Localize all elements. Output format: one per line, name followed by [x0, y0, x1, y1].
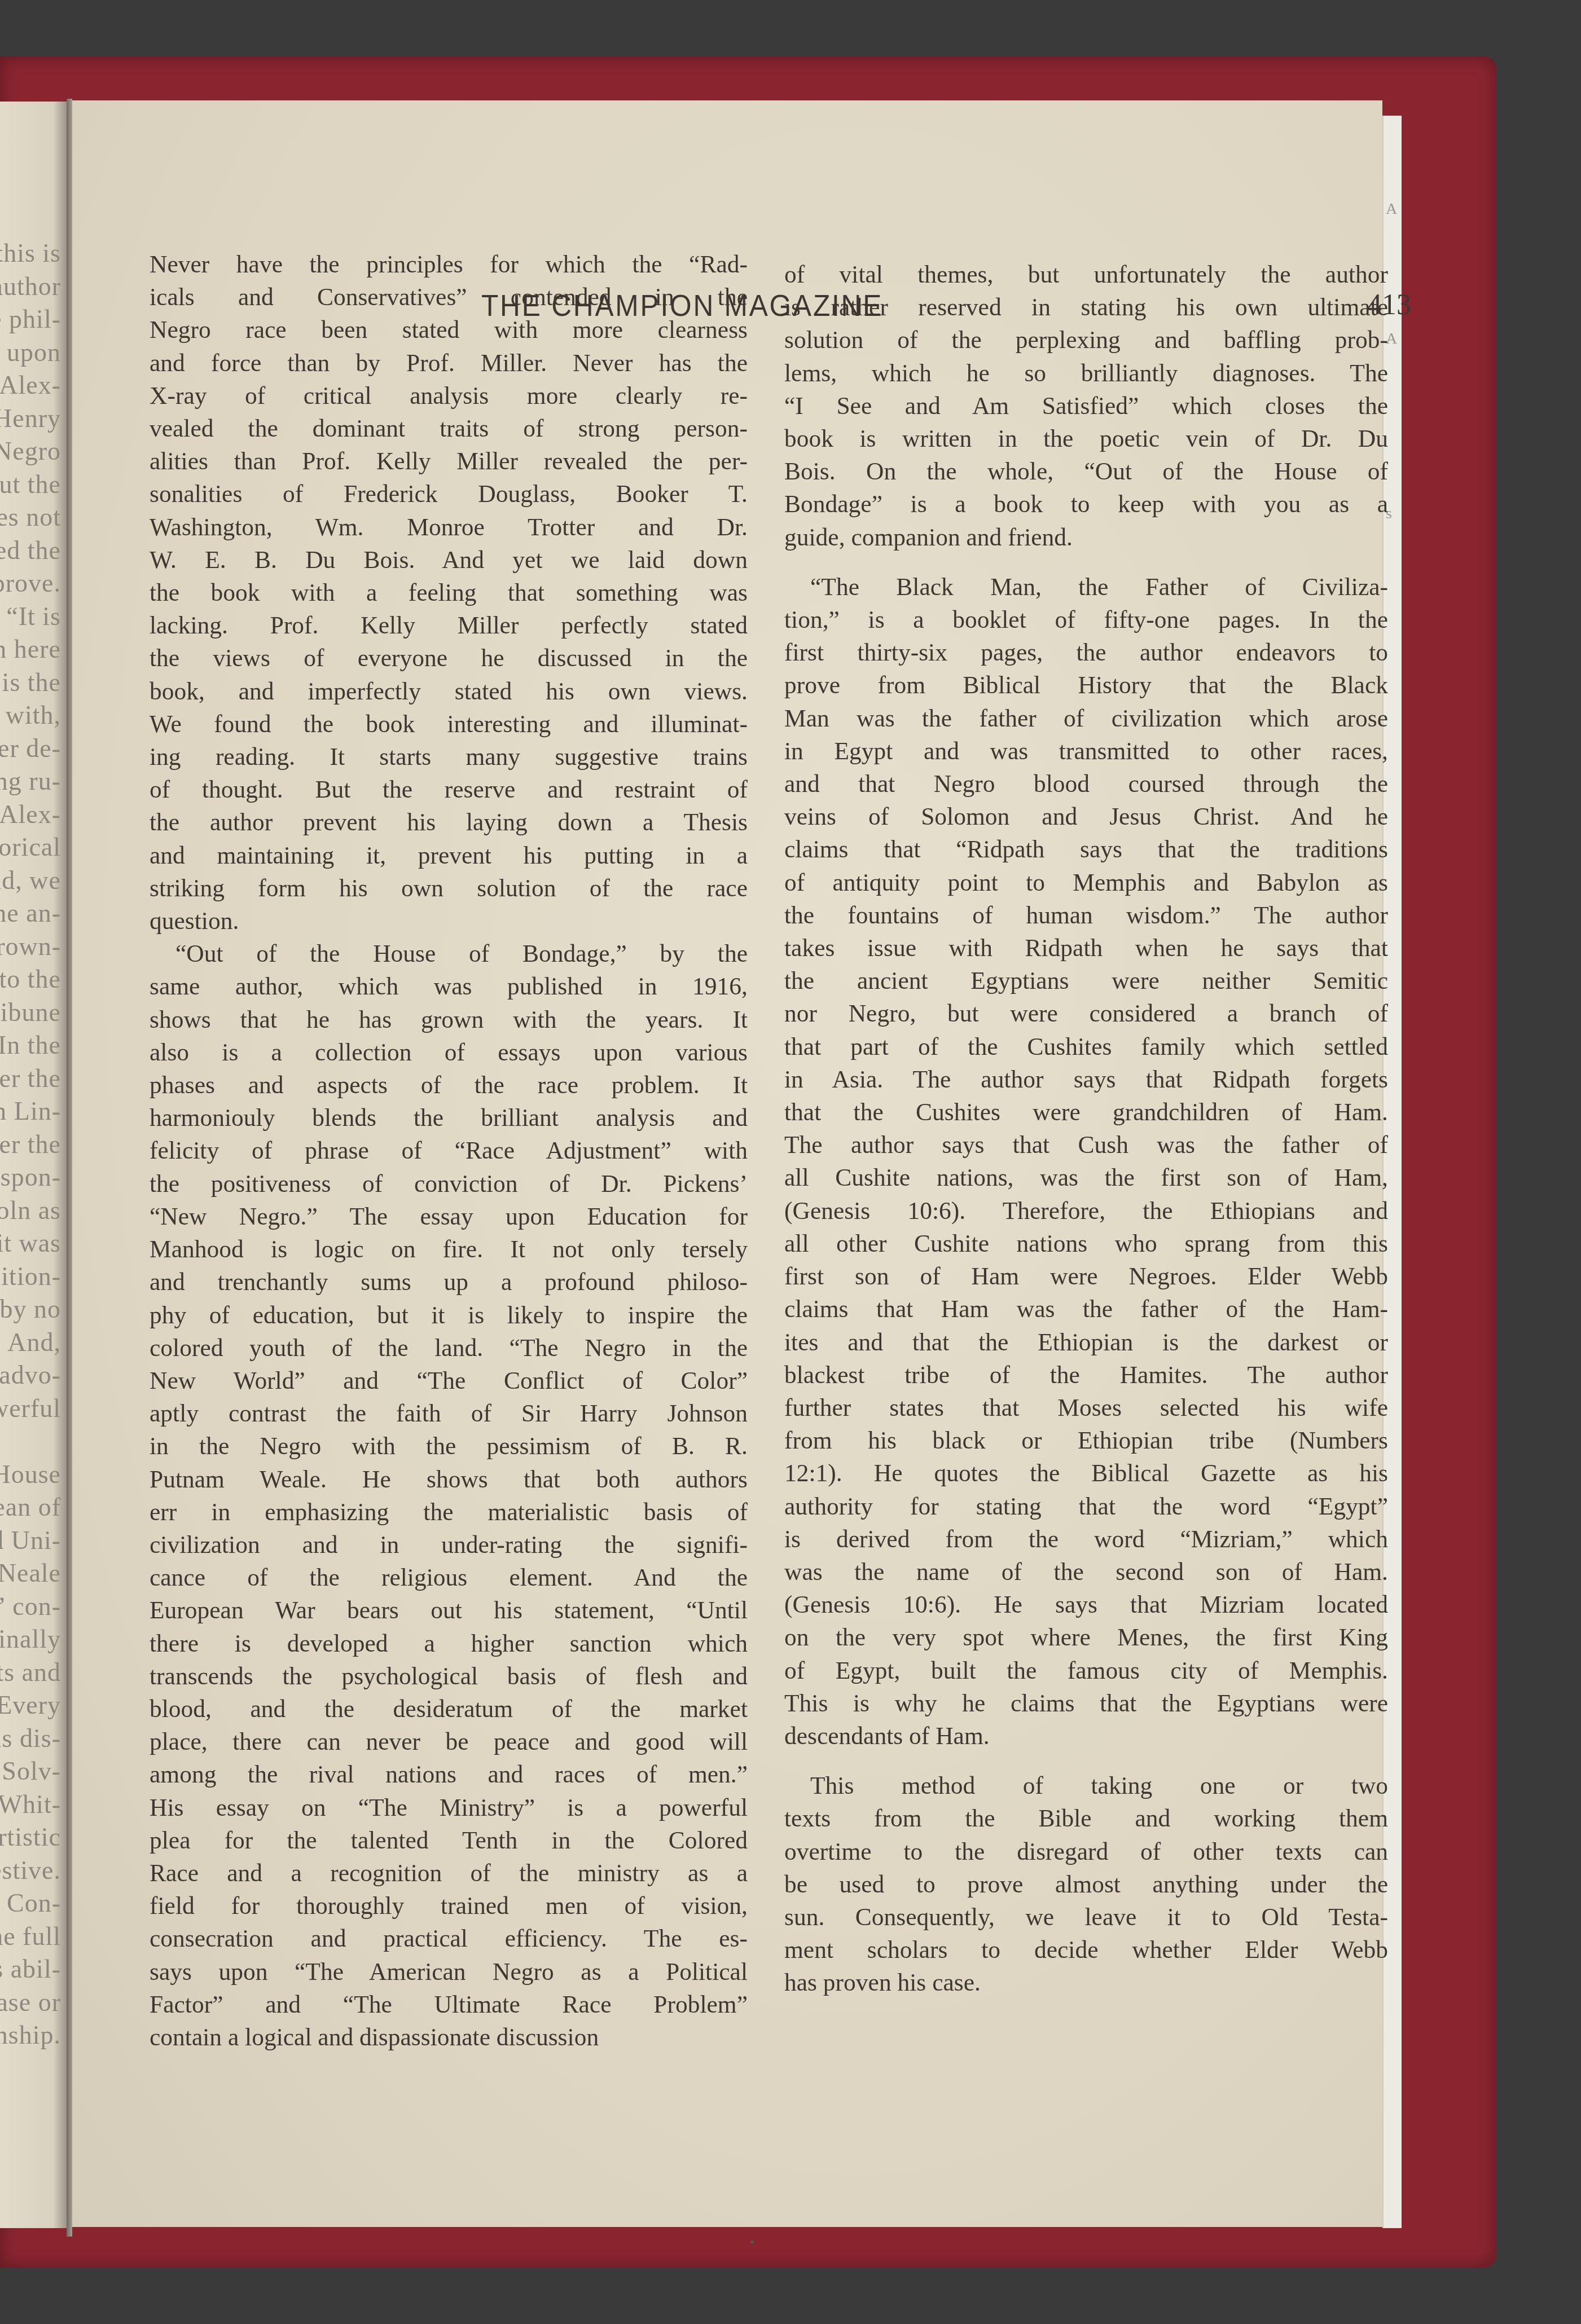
facing-page-strip: But, this isung authorg the phil-apter u…: [0, 102, 67, 2228]
facing-page-text: craftsmanship.: [0, 2019, 61, 2052]
text-line: says upon “The American Negro as a Polit…: [150, 1956, 748, 1988]
facing-page-text: at Walt Whit-: [0, 1788, 61, 1821]
text-line: overtime to the disregard of other texts…: [784, 1836, 1388, 1868]
text-line: that the Cushites were grandchildren of …: [784, 1096, 1388, 1129]
text-line: field for thoroughly trained men of visi…: [150, 1890, 748, 1922]
text-line: claims that “Ridpath says that the tradi…: [784, 833, 1388, 866]
text-line: same author, which was published in 1916…: [150, 970, 748, 1003]
text-line: in Asia. The author says that Ridpath fo…: [784, 1063, 1388, 1096]
text-line: of thought. But the reserve and restrain…: [150, 773, 748, 806]
text-line: is rather reserved in stating his own ul…: [784, 291, 1388, 324]
facing-page-text: m Lincoln as: [0, 1194, 61, 1227]
facing-page-text: that Henry: [0, 402, 61, 435]
facing-page-text: ery suggestive.: [0, 1854, 61, 1887]
text-line: is derived from the word “Mizriam,” whic…: [784, 1523, 1388, 1556]
facing-page-text: culty, “It is: [0, 600, 61, 633]
text-line: This is why he claims that the Egyptians…: [784, 1687, 1388, 1720]
text-line: cance of the religious element. And the: [150, 1561, 748, 1594]
text-line: book is written in the poetic vein of Dr…: [784, 422, 1388, 455]
facing-page-text: e of an advo-: [0, 1359, 61, 1392]
text-line: His essay on “The Ministry” is a powerfu…: [150, 1792, 748, 1824]
facing-page-text: led up spon-: [0, 1161, 61, 1194]
facing-page-text: apter upon: [0, 336, 61, 369]
text-line: blood, and the desideratum of the market: [150, 1693, 748, 1726]
facing-page-text: Pickens by no: [0, 1293, 61, 1326]
text-line: Putnam Weale. He shows that both authors: [150, 1463, 748, 1496]
text-line: that part of the Cushites family which s…: [784, 1031, 1388, 1063]
text-line: prove from Biblical History that the Bla…: [784, 669, 1388, 702]
facing-page-text: pamphlets and: [0, 1656, 61, 1689]
text-line: “New Negro.” The essay upon Education fo…: [150, 1200, 748, 1233]
text-line: transcends the psychological basis of fl…: [150, 1660, 748, 1693]
text-line: (Genesis 10:6). He says that Mizriam loc…: [784, 1588, 1388, 1621]
facing-page-text: ides over the: [0, 1062, 61, 1095]
text-line: (Genesis 10:6). Therefore, the Ethiopian…: [784, 1195, 1388, 1227]
text-line: plea for the talented Tenth in the Color…: [150, 1824, 748, 1857]
text-line: all other Cushite nations who sprang fro…: [784, 1227, 1388, 1260]
text-line: Race and a recognition of the ministry a…: [150, 1857, 748, 1890]
text-line: further states that Moses selected his w…: [784, 1392, 1388, 1424]
text-line: New World” and “The Conflict of Color”: [150, 1365, 748, 1397]
facing-page-text: ne historical: [0, 831, 61, 864]
book-gutter: [67, 99, 72, 2237]
facing-page-text: iller, Dean of: [0, 1491, 61, 1524]
facing-page-text: open to the: [0, 963, 61, 996]
facing-page-text: ork Tribune: [0, 996, 61, 1029]
text-line: civilization and in under-rating the sig…: [150, 1529, 748, 1561]
text-line: solution of the perplexing and baffling …: [784, 324, 1388, 356]
text-line: We found the book interesting and illumi…: [150, 708, 748, 741]
facing-page-text: that Alex-: [0, 369, 61, 402]
text-line: “I See and Am Satisfied” which closes th…: [784, 390, 1388, 422]
facing-page-text: “The Artistic: [0, 1821, 61, 1854]
text-line: vealed the dominant traits of strong per…: [150, 412, 748, 445]
text-line: phases and aspects of the race problem. …: [150, 1069, 748, 1102]
facing-page-text: had Negro: [0, 435, 61, 468]
text-line: and that Negro blood coursed through the: [784, 768, 1388, 800]
text-line: ing reading. It starts many suggestive t…: [150, 741, 748, 773]
paragraph: “Out of the House of Bondage,” by thesam…: [150, 937, 748, 2054]
text-line: of antiquity point to Memphis and Babylo…: [784, 866, 1388, 899]
text-line: harmoniouly blends the brilliant analysi…: [150, 1102, 748, 1134]
facing-page-text: s. But the: [0, 468, 61, 501]
edge-glyph: A: [1386, 200, 1397, 218]
right-text-column: of vital themes, but unfortunately the a…: [784, 258, 1388, 2000]
facing-page-text: granted the: [0, 534, 61, 567]
text-line: in the Negro with the pessimism of B. R.: [150, 1430, 748, 1463]
text-line: the author prevent his laying down a The…: [150, 806, 748, 839]
text-line: from his black or Ethiopian tribe (Numbe…: [784, 1424, 1388, 1457]
text-line: the views of everyone he discussed in th…: [150, 642, 748, 675]
text-line: The author says that Cush was the father…: [784, 1129, 1388, 1161]
text-line: lacking. Prof. Kelly Miller perfectly st…: [150, 609, 748, 642]
text-line: icals and Conservatives” contended in th…: [150, 281, 748, 314]
paragraph: Never have the principles for which the …: [150, 248, 748, 937]
facing-page-text: Howard Uni-: [0, 1524, 61, 1557]
text-line: shows that he has grown with the years. …: [150, 1003, 748, 1036]
text-line: 12:1). He quotes the Biblical Gazette as…: [784, 1457, 1388, 1490]
text-line: texts from the Bible and working them: [784, 1802, 1388, 1835]
facing-page-text: hich originally: [0, 1623, 61, 1656]
paragraph: of vital themes, but unfortunately the a…: [784, 258, 1388, 554]
text-line: veins of Solomon and Jesus Christ. And h…: [784, 800, 1388, 833]
facing-page-text: reader de-: [0, 732, 61, 765]
facing-page-text: ding the an-: [0, 897, 61, 930]
text-line: among the rival nations and races of men…: [150, 1758, 748, 1791]
facing-page-text: the abolition-: [0, 1260, 61, 1293]
facing-page-text: ls. And, we: [0, 864, 61, 897]
facing-page-text: rth of Alex-: [0, 798, 61, 831]
text-line: Bois. On the whole, “Out of the House of: [784, 455, 1388, 488]
facing-page-text: s does not: [0, 501, 61, 534]
text-line: Bondage” is a book to keep with you as a: [784, 488, 1388, 521]
text-line: the positiveness of conviction of Dr. Pi…: [150, 1168, 748, 1200]
text-line: Factor” and “The Ultimate Race Problem”: [150, 1988, 748, 2021]
facing-page-text: very powerful: [0, 1392, 61, 1425]
facing-page-text: floating ru-: [0, 765, 61, 798]
text-line: has proven his case.: [784, 1966, 1388, 1999]
text-line: and force than by Prof. Miller. Never ha…: [150, 347, 748, 380]
paragraph: This method of taking one or twotexts fr…: [784, 1770, 1388, 1999]
text-line: all Cushite nations, was the first son o…: [784, 1161, 1388, 1194]
text-line: “Out of the House of Bondage,” by the: [150, 937, 748, 970]
text-line: claims that Ham was the father of the Ha…: [784, 1293, 1388, 1326]
text-line: be used to prove almost anything under t…: [784, 1868, 1388, 1901]
text-line: phy of education, but it is likely to in…: [150, 1299, 748, 1332]
text-line: X-ray of critical analysis more clearly …: [150, 380, 748, 412]
text-line: of Egypt, built the famous city of Memph…: [784, 1654, 1388, 1687]
left-text-column: Never have the principles for which the …: [150, 248, 748, 2054]
text-line: first thirty-six pages, the author endea…: [784, 636, 1388, 669]
text-line: book, and imperfectly stated his own vie…: [150, 675, 748, 708]
text-line: blackest tribe of the Hamites. The autho…: [784, 1359, 1388, 1392]
text-line: there is developed a higher sanction whi…: [150, 1627, 748, 1660]
text-line: European War bears out his statement, “U…: [150, 1594, 748, 1627]
text-line: sun. Consequently, we leave it to Old Te…: [784, 1901, 1388, 1934]
text-line: consecration and practical efficiency. T…: [150, 1922, 748, 1955]
facing-page-text: gion as a Solv-: [0, 1755, 61, 1788]
text-line: Never have the principles for which the …: [150, 248, 748, 281]
facing-page-text: whether the: [0, 1128, 61, 1161]
facing-page-text: m to prove.: [0, 567, 61, 600]
facing-page-text: mind, his abil-: [0, 1953, 61, 1986]
facing-page-text: is of the Neale: [0, 1557, 61, 1590]
text-line: “The Black Man, the Father of Civiliza-: [784, 571, 1388, 604]
text-line: first son of Ham were Negroes. Elder Web…: [784, 1260, 1388, 1293]
text-line: also is a collection of essays upon vari…: [150, 1036, 748, 1069]
facing-page-text: uestion is dis-: [0, 1722, 61, 1755]
facing-page-text: ung author: [0, 270, 61, 303]
facing-page-text: milton here: [0, 633, 61, 666]
facing-page-text: braham Lin-: [0, 1095, 61, 1128]
facing-page-text: ustment” con-: [0, 1590, 61, 1623]
text-line: takes issue with Ridpath when he says th…: [784, 932, 1388, 965]
text-line: in Egypt and was transmitted to other ra…: [784, 735, 1388, 768]
text-line: and trenchantly sums up a profound philo…: [150, 1266, 748, 1299]
text-line: and maintaining it, prevent his putting …: [150, 839, 748, 872]
facing-page-text: showed the full: [0, 1920, 61, 1953]
facing-page-text: g the phil-: [0, 303, 61, 336]
text-line: Manhood is logic on fire. It not only te…: [150, 1233, 748, 1266]
page-speck: [750, 2241, 754, 2244]
text-line: place, there can never be peace and good…: [150, 1726, 748, 1758]
text-line: This method of taking one or two: [784, 1770, 1388, 1802]
text-line: Man was the father of civilization which…: [784, 702, 1388, 735]
text-line: the book with a feeling that something w…: [150, 576, 748, 609]
text-line: authority for stating that the word “Egy…: [784, 1490, 1388, 1523]
facing-page-text: that is the: [0, 666, 61, 699]
text-line: lems, which he so brilliantly diagnoses.…: [784, 357, 1388, 390]
text-line: the ancient Egyptians were neither Semit…: [784, 965, 1388, 997]
facing-page-text: dicals and Con-: [0, 1887, 61, 1920]
facing-page-text: n 1910. Every: [0, 1689, 61, 1722]
text-line: tion,” is a booklet of fifty-one pages. …: [784, 604, 1388, 636]
text-line: felicity of phrase of “Race Adjustment” …: [150, 1134, 748, 1167]
text-line: colored youth of the land. “The Negro in…: [150, 1332, 748, 1365]
text-line: alities than Prof. Kelly Miller revealed…: [150, 445, 748, 478]
text-line: descendants of Ham.: [784, 1720, 1388, 1753]
facing-page-text: bert Brown-: [0, 930, 61, 963]
facing-page-text: ether it was: [0, 1227, 61, 1260]
text-line: ment scholars to decide whether Elder We…: [784, 1934, 1388, 1966]
text-line: ites and that the Ethiopian is the darke…: [784, 1326, 1388, 1359]
text-line: Washington, Wm. Monroe Trotter and Dr.: [150, 511, 748, 544]
text-line: of vital themes, but unfortunately the a…: [784, 258, 1388, 291]
text-line: sonalities of Frederick Douglass, Booker…: [150, 478, 748, 510]
facing-page-text: gro.” In the: [0, 1029, 61, 1062]
text-line: striking form his own solution of the ra…: [150, 872, 748, 905]
text-line: the fountains of human wisdom.” The auth…: [784, 899, 1388, 932]
text-line: err in emphasizing the materialistic bas…: [150, 1496, 748, 1529]
facing-page-text: word. And,: [0, 1326, 61, 1359]
text-line: aptly contrast the faith of Sir Harry Jo…: [150, 1397, 748, 1430]
facing-page-text: in a phrase or: [0, 1986, 61, 2019]
text-line: on the very spot where Menes, the first …: [784, 1621, 1388, 1654]
text-line: nor Negro, but were considered a branch …: [784, 997, 1388, 1030]
text-line: W. E. B. Du Bois. And yet we laid down: [150, 544, 748, 576]
facing-page-text: o deal with,: [0, 699, 61, 732]
text-line: contain a logical and dispassionate disc…: [150, 2021, 748, 2054]
facing-page-text: of the House: [0, 1458, 61, 1491]
text-line: question.: [150, 905, 748, 937]
facing-page-text: But, this is: [0, 237, 61, 270]
text-line: Negro race been stated with more clearne…: [150, 314, 748, 346]
text-line: was the name of the second son of Ham.: [784, 1556, 1388, 1588]
paragraph: “The Black Man, the Father of Civiliza-t…: [784, 571, 1388, 1753]
text-line: guide, companion and friend.: [784, 521, 1388, 554]
